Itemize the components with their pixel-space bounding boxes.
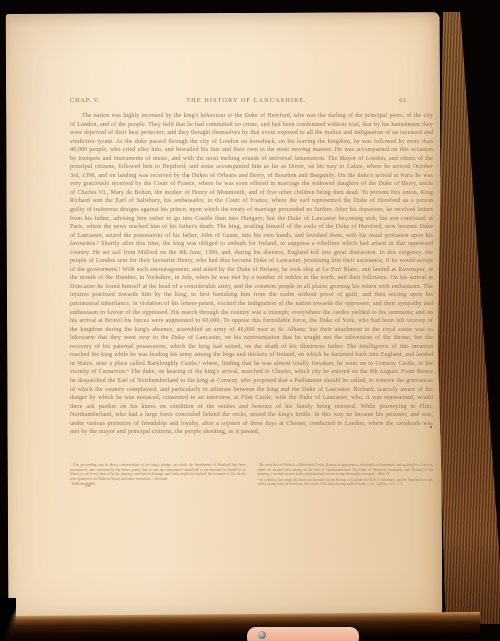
footnotes: ¹ This proceeding was in direct contrave… — [70, 463, 433, 488]
pad-fastener — [258, 631, 266, 639]
paper-speck — [187, 175, 189, 177]
book-bottom-edge — [2, 612, 480, 641]
page-number: 61 — [353, 97, 433, 104]
footnote-3: ³ He went first to Harlech, a Merioneth … — [258, 463, 434, 477]
book-fore-edge — [436, 12, 500, 624]
bottom-left-shadow — [0, 598, 16, 641]
footnote-2: ² Hollinshed, 496. — [70, 482, 246, 487]
running-title: THE HISTORY OF LANCASHIRE. — [140, 97, 353, 104]
footnote-4: ⁴ In a field of this reign, Richard was … — [258, 478, 434, 487]
body-text: The nation was highly incensed by the ki… — [70, 112, 433, 437]
chapter-label: CHAP. V. — [70, 97, 140, 104]
support-pad — [247, 627, 359, 641]
paper-speck — [430, 426, 432, 428]
footnote-column-right: ³ He went first to Harlech, a Merioneth … — [258, 463, 434, 488]
footnote-1: ¹ This proceeding was in direct contrave… — [70, 463, 246, 481]
book-photo: CHAP. V. THE HISTORY OF LANCASHIRE. 61 T… — [0, 0, 500, 641]
running-head: CHAP. V. THE HISTORY OF LANCASHIRE. 61 — [70, 97, 433, 104]
signature-mark: 10 — [85, 483, 91, 489]
footnote-column-left: ¹ This proceeding was in direct contrave… — [70, 463, 246, 488]
